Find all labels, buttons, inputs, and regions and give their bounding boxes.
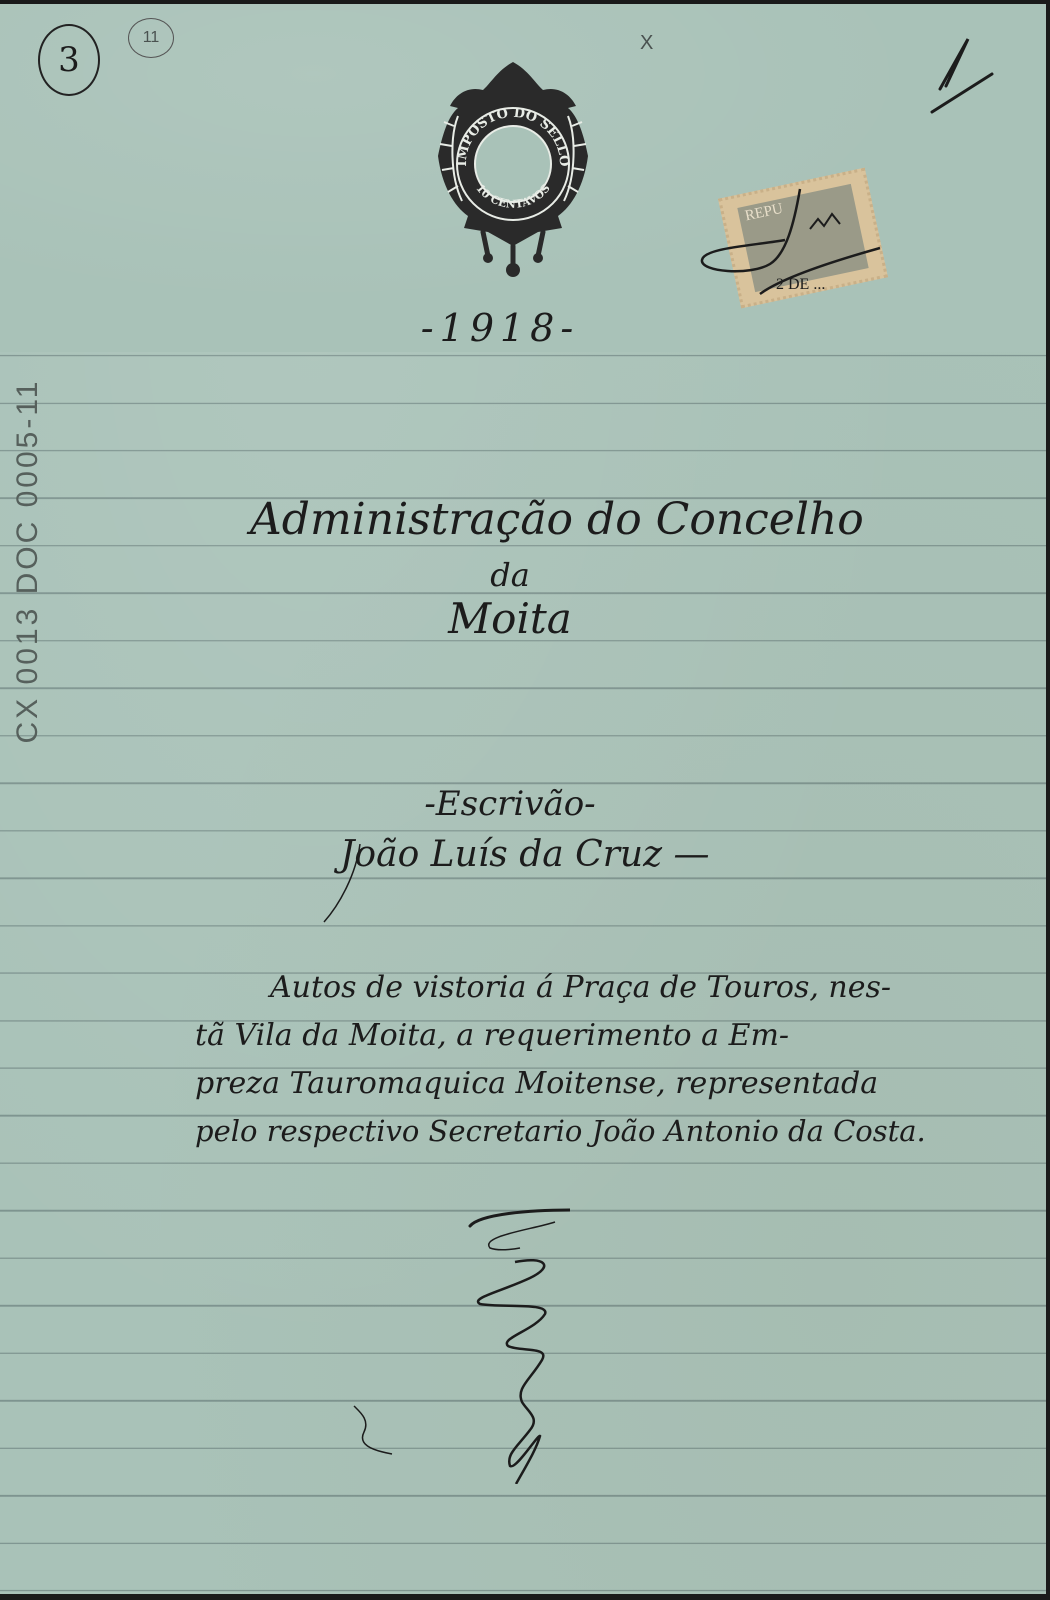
document-year: -1918- xyxy=(380,306,620,350)
body-line-1: Autos de vistoria á Praça de Touros, nes… xyxy=(270,970,891,1005)
archive-reference-vertical: CX 0013 DOC 0005-11 xyxy=(11,301,45,821)
document-page: 3 11 X CX 0013 DOC 0005-11 IMPOSTO DO SE… xyxy=(0,4,1046,1594)
closing-squiggle-mark xyxy=(330,1174,570,1484)
stamp-overwrite-text: 2 DE ... xyxy=(776,276,825,293)
body-line-4: pelo respectivo Secretario João Antonio … xyxy=(195,1114,926,1148)
heading-line-administration: Administração do Concelho xyxy=(250,494,810,545)
pencil-number-text: 11 xyxy=(143,29,160,47)
circled-number-text: 3 xyxy=(58,40,80,80)
clerk-name: João Luís da Cruz — xyxy=(340,834,710,875)
circled-number-mark: 3 xyxy=(38,24,100,96)
revenue-seal: IMPOSTO DO SELLO 10 CENTAVOS xyxy=(428,56,598,278)
seal-emblem-icon: IMPOSTO DO SELLO 10 CENTAVOS xyxy=(428,56,598,278)
stamp-cancellation-signature: 2 DE ... xyxy=(690,184,900,304)
clerk-label: -Escrivão- xyxy=(400,784,620,824)
pencil-circled-number: 11 xyxy=(128,18,174,58)
body-line-2: tã Vila da Moita, a requerimento a Em- xyxy=(195,1018,789,1053)
pencil-x-mark: X xyxy=(640,32,653,55)
body-line-3: preza Tauromaquica Moitense, representad… xyxy=(195,1066,878,1101)
folio-number-mark xyxy=(930,34,1000,114)
heading-line-da: da xyxy=(450,556,570,594)
heading-line-moita: Moita xyxy=(420,594,600,643)
clerk-name-flourish xyxy=(320,844,380,924)
